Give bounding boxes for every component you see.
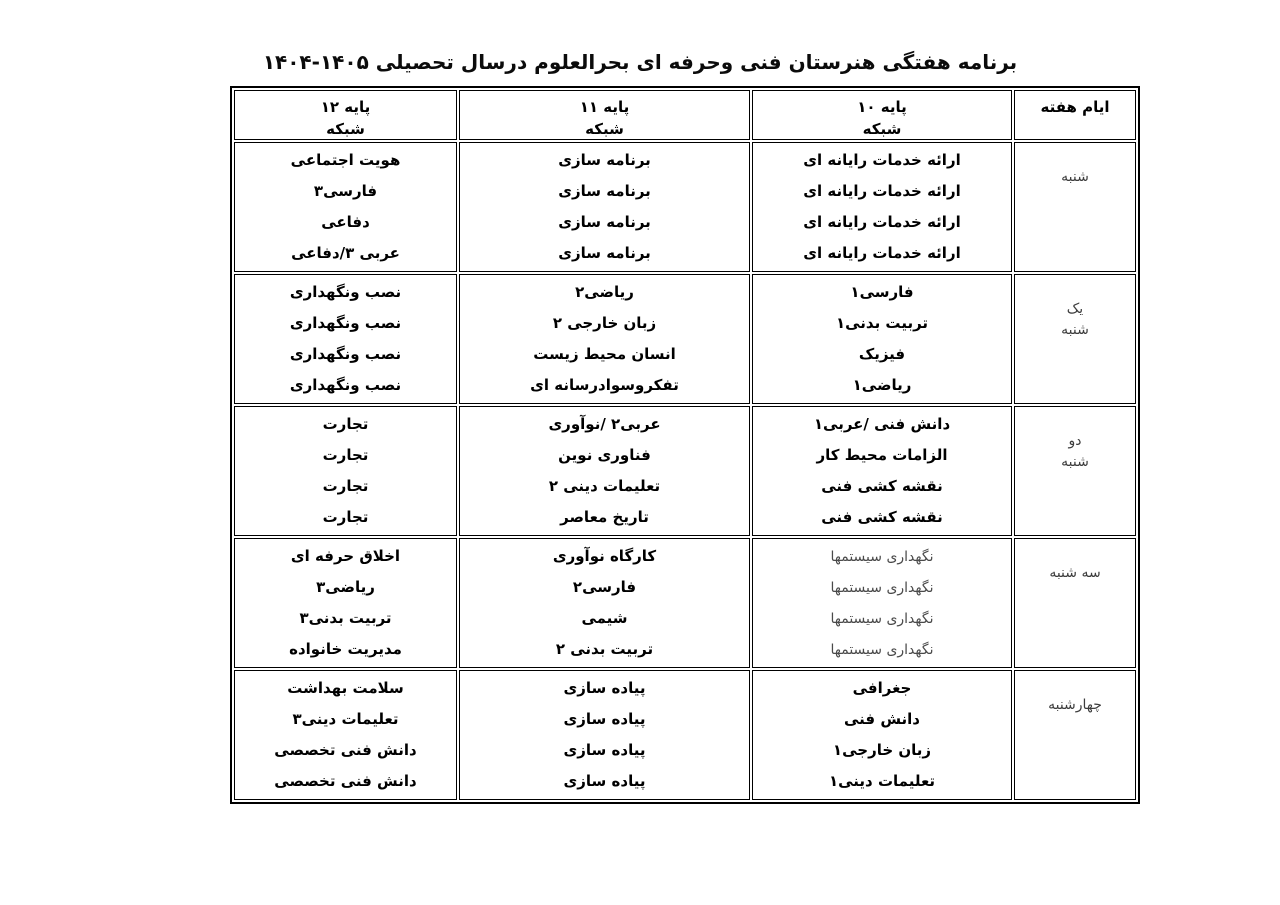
course-label: ارائه خدمات رایانه ای: [803, 153, 960, 168]
day-row-2: دوشنبهدانش فنی /عربی۱الزامات محیط کارنقش…: [234, 406, 1136, 536]
day-row-4: چهارشنبهجغرافیدانش فنیزبان خارجی۱تعلیمات…: [234, 670, 1136, 800]
day-row-3: سه شنبهنگهداری سیستمهانگهداری سیستمهانگه…: [234, 538, 1136, 668]
header-grade12-sub: شبکه: [326, 120, 365, 138]
course-label: تاریخ معاصر: [560, 510, 649, 525]
page-title: برنامه هفتگی هنرستان فنی وحرفه ای بحرالع…: [0, 50, 1280, 74]
course-label: دانش فنی تخصصی: [274, 743, 416, 758]
grade11-cell: پیاده سازیپیاده سازیپیاده سازیپیاده سازی: [459, 670, 750, 800]
day-cell: سه شنبه: [1014, 538, 1136, 668]
header-row: ایام هفته پایه ۱۰ شبکه پایه ۱۱ شبکه: [234, 90, 1136, 140]
header-grade12-cell: پایه ۱۲ شبکه: [234, 90, 457, 140]
day-label: دو: [1069, 434, 1082, 448]
course-label: تربیت بدنی ۲: [556, 642, 653, 657]
course-label: تعلیمات دینی ۲: [549, 479, 660, 494]
course-label: تعلیمات دینی۳: [292, 712, 398, 727]
grade10-cell: ارائه خدمات رایانه ایارائه خدمات رایانه …: [752, 142, 1012, 272]
course-label: تجارت: [323, 479, 369, 494]
course-label: تجارت: [323, 448, 369, 463]
course-label: تفکروسوادرسانه ای: [530, 378, 679, 393]
header-grade10-label: پایه ۱۰: [857, 98, 907, 116]
grade12-cell: نصب ونگهدارینصب ونگهدارینصب ونگهدارینصب …: [234, 274, 457, 404]
course-label: زبان خارجی۱: [833, 743, 931, 758]
course-label: عربی۲ /نوآوری: [548, 417, 660, 432]
day-cell: چهارشنبه: [1014, 670, 1136, 800]
course-label: تجارت: [323, 417, 369, 432]
course-label: کارگاه نوآوری: [553, 549, 656, 564]
course-label: فارسی۱: [850, 285, 913, 300]
course-label: زبان خارجی ۲: [553, 316, 656, 331]
day-label: شنبه: [1061, 455, 1089, 469]
course-label: ریاضی۱: [853, 378, 912, 393]
course-label: فیزیک: [859, 347, 905, 362]
course-label: نگهداری سیستمها: [831, 581, 934, 595]
course-label: سلامت بهداشت: [287, 681, 404, 696]
header-grade11-cell: پایه ۱۱ شبکه: [459, 90, 750, 140]
course-label: ارائه خدمات رایانه ای: [803, 215, 960, 230]
course-label: برنامه سازی: [558, 184, 651, 199]
course-label: عربی ۳/دفاعی: [291, 246, 400, 261]
course-label: مدیریت خانواده: [289, 642, 402, 657]
course-label: پیاده سازی: [564, 743, 646, 758]
course-label: دانش فنی: [844, 712, 920, 727]
schedule-table: ایام هفته پایه ۱۰ شبکه پایه ۱۱ شبکه: [230, 86, 1140, 804]
course-label: ریاضی۲: [575, 285, 634, 300]
course-label: نصب ونگهداری: [290, 316, 401, 331]
course-label: جغرافی: [853, 681, 912, 696]
course-label: دانش فنی تخصصی: [274, 774, 416, 789]
course-label: نصب ونگهداری: [290, 285, 401, 300]
header-grade11-label: پایه ۱۱: [580, 98, 630, 116]
grade10-cell: فارسی۱تربیت بدنی۱فیزیکریاضی۱: [752, 274, 1012, 404]
course-label: برنامه سازی: [558, 153, 651, 168]
course-label: نصب ونگهداری: [290, 347, 401, 362]
day-cell: شنبه: [1014, 142, 1136, 272]
day-label: شنبه: [1061, 170, 1089, 184]
course-label: تعلیمات دینی۱: [829, 774, 935, 789]
course-label: انسان محیط زیست: [533, 347, 676, 362]
course-label: نقشه کشی فنی: [821, 510, 943, 525]
header-grade11-sub: شبکه: [585, 120, 624, 138]
day-label: یک: [1067, 302, 1083, 316]
course-label: پیاده سازی: [564, 712, 646, 727]
course-label: برنامه سازی: [558, 246, 651, 261]
course-label: نگهداری سیستمها: [831, 550, 934, 564]
course-label: الزامات محیط کار: [817, 448, 948, 463]
course-label: تربیت بدنی۱: [836, 316, 928, 331]
header-days-label: ایام هفته: [1040, 98, 1109, 116]
day-label: شنبه: [1061, 323, 1089, 337]
course-label: تربیت بدنی۳: [299, 611, 391, 626]
header-grade10-sub: شبکه: [863, 120, 902, 138]
course-label: دانش فنی /عربی۱: [814, 417, 950, 432]
grade10-cell: جغرافیدانش فنیزبان خارجی۱تعلیمات دینی۱: [752, 670, 1012, 800]
course-label: شیمی: [581, 611, 627, 626]
course-label: ارائه خدمات رایانه ای: [803, 246, 960, 261]
course-label: فناوری نوین: [558, 448, 651, 463]
header-days-cell: ایام هفته: [1014, 90, 1136, 140]
schedule-body: شنبهارائه خدمات رایانه ایارائه خدمات رای…: [234, 142, 1136, 800]
header-grade10-cell: پایه ۱۰ شبکه: [752, 90, 1012, 140]
day-row-0: شنبهارائه خدمات رایانه ایارائه خدمات رای…: [234, 142, 1136, 272]
course-label: ریاضی۳: [316, 580, 375, 595]
course-label: اخلاق حرفه ای: [291, 549, 400, 564]
course-label: برنامه سازی: [558, 215, 651, 230]
grade12-cell: سلامت بهداشتتعلیمات دینی۳دانش فنی تخصصید…: [234, 670, 457, 800]
course-label: نصب ونگهداری: [290, 378, 401, 393]
grade11-cell: برنامه سازیبرنامه سازیبرنامه سازیبرنامه …: [459, 142, 750, 272]
grade11-cell: ریاضی۲زبان خارجی ۲انسان محیط زیستتفکروسو…: [459, 274, 750, 404]
course-label: نقشه کشی فنی: [821, 479, 943, 494]
grade11-cell: کارگاه نوآوریفارسی۲شیمیتربیت بدنی ۲: [459, 538, 750, 668]
grade12-cell: تجارتتجارتتجارتتجارت: [234, 406, 457, 536]
course-label: ارائه خدمات رایانه ای: [803, 184, 960, 199]
grade12-cell: هویت اجتماعیفارسی۳دفاعیعربی ۳/دفاعی: [234, 142, 457, 272]
course-label: پیاده سازی: [564, 774, 646, 789]
course-label: نگهداری سیستمها: [831, 612, 934, 626]
day-cell: دوشنبه: [1014, 406, 1136, 536]
course-label: پیاده سازی: [564, 681, 646, 696]
grade12-cell: اخلاق حرفه ایریاضی۳تربیت بدنی۳مدیریت خان…: [234, 538, 457, 668]
course-label: تجارت: [323, 510, 369, 525]
grade10-cell: نگهداری سیستمهانگهداری سیستمهانگهداری سی…: [752, 538, 1012, 668]
grade10-cell: دانش فنی /عربی۱الزامات محیط کارنقشه کشی …: [752, 406, 1012, 536]
course-label: فارسی۳: [314, 184, 377, 199]
course-label: فارسی۲: [573, 580, 636, 595]
grade11-cell: عربی۲ /نوآوریفناوری نوینتعلیمات دینی ۲تا…: [459, 406, 750, 536]
day-cell: یکشنبه: [1014, 274, 1136, 404]
schedule-sheet: برنامه هفتگی هنرستان فنی وحرفه ای بحرالع…: [0, 0, 1280, 905]
day-label: سه شنبه: [1049, 566, 1100, 580]
course-label: نگهداری سیستمها: [831, 643, 934, 657]
day-label: چهارشنبه: [1048, 698, 1102, 712]
course-label: دفاعی: [321, 215, 370, 230]
course-label: هویت اجتماعی: [291, 153, 401, 168]
header-grade12-label: پایه ۱۲: [321, 98, 371, 116]
day-row-1: یکشنبهفارسی۱تربیت بدنی۱فیزیکریاضی۱ریاضی۲…: [234, 274, 1136, 404]
